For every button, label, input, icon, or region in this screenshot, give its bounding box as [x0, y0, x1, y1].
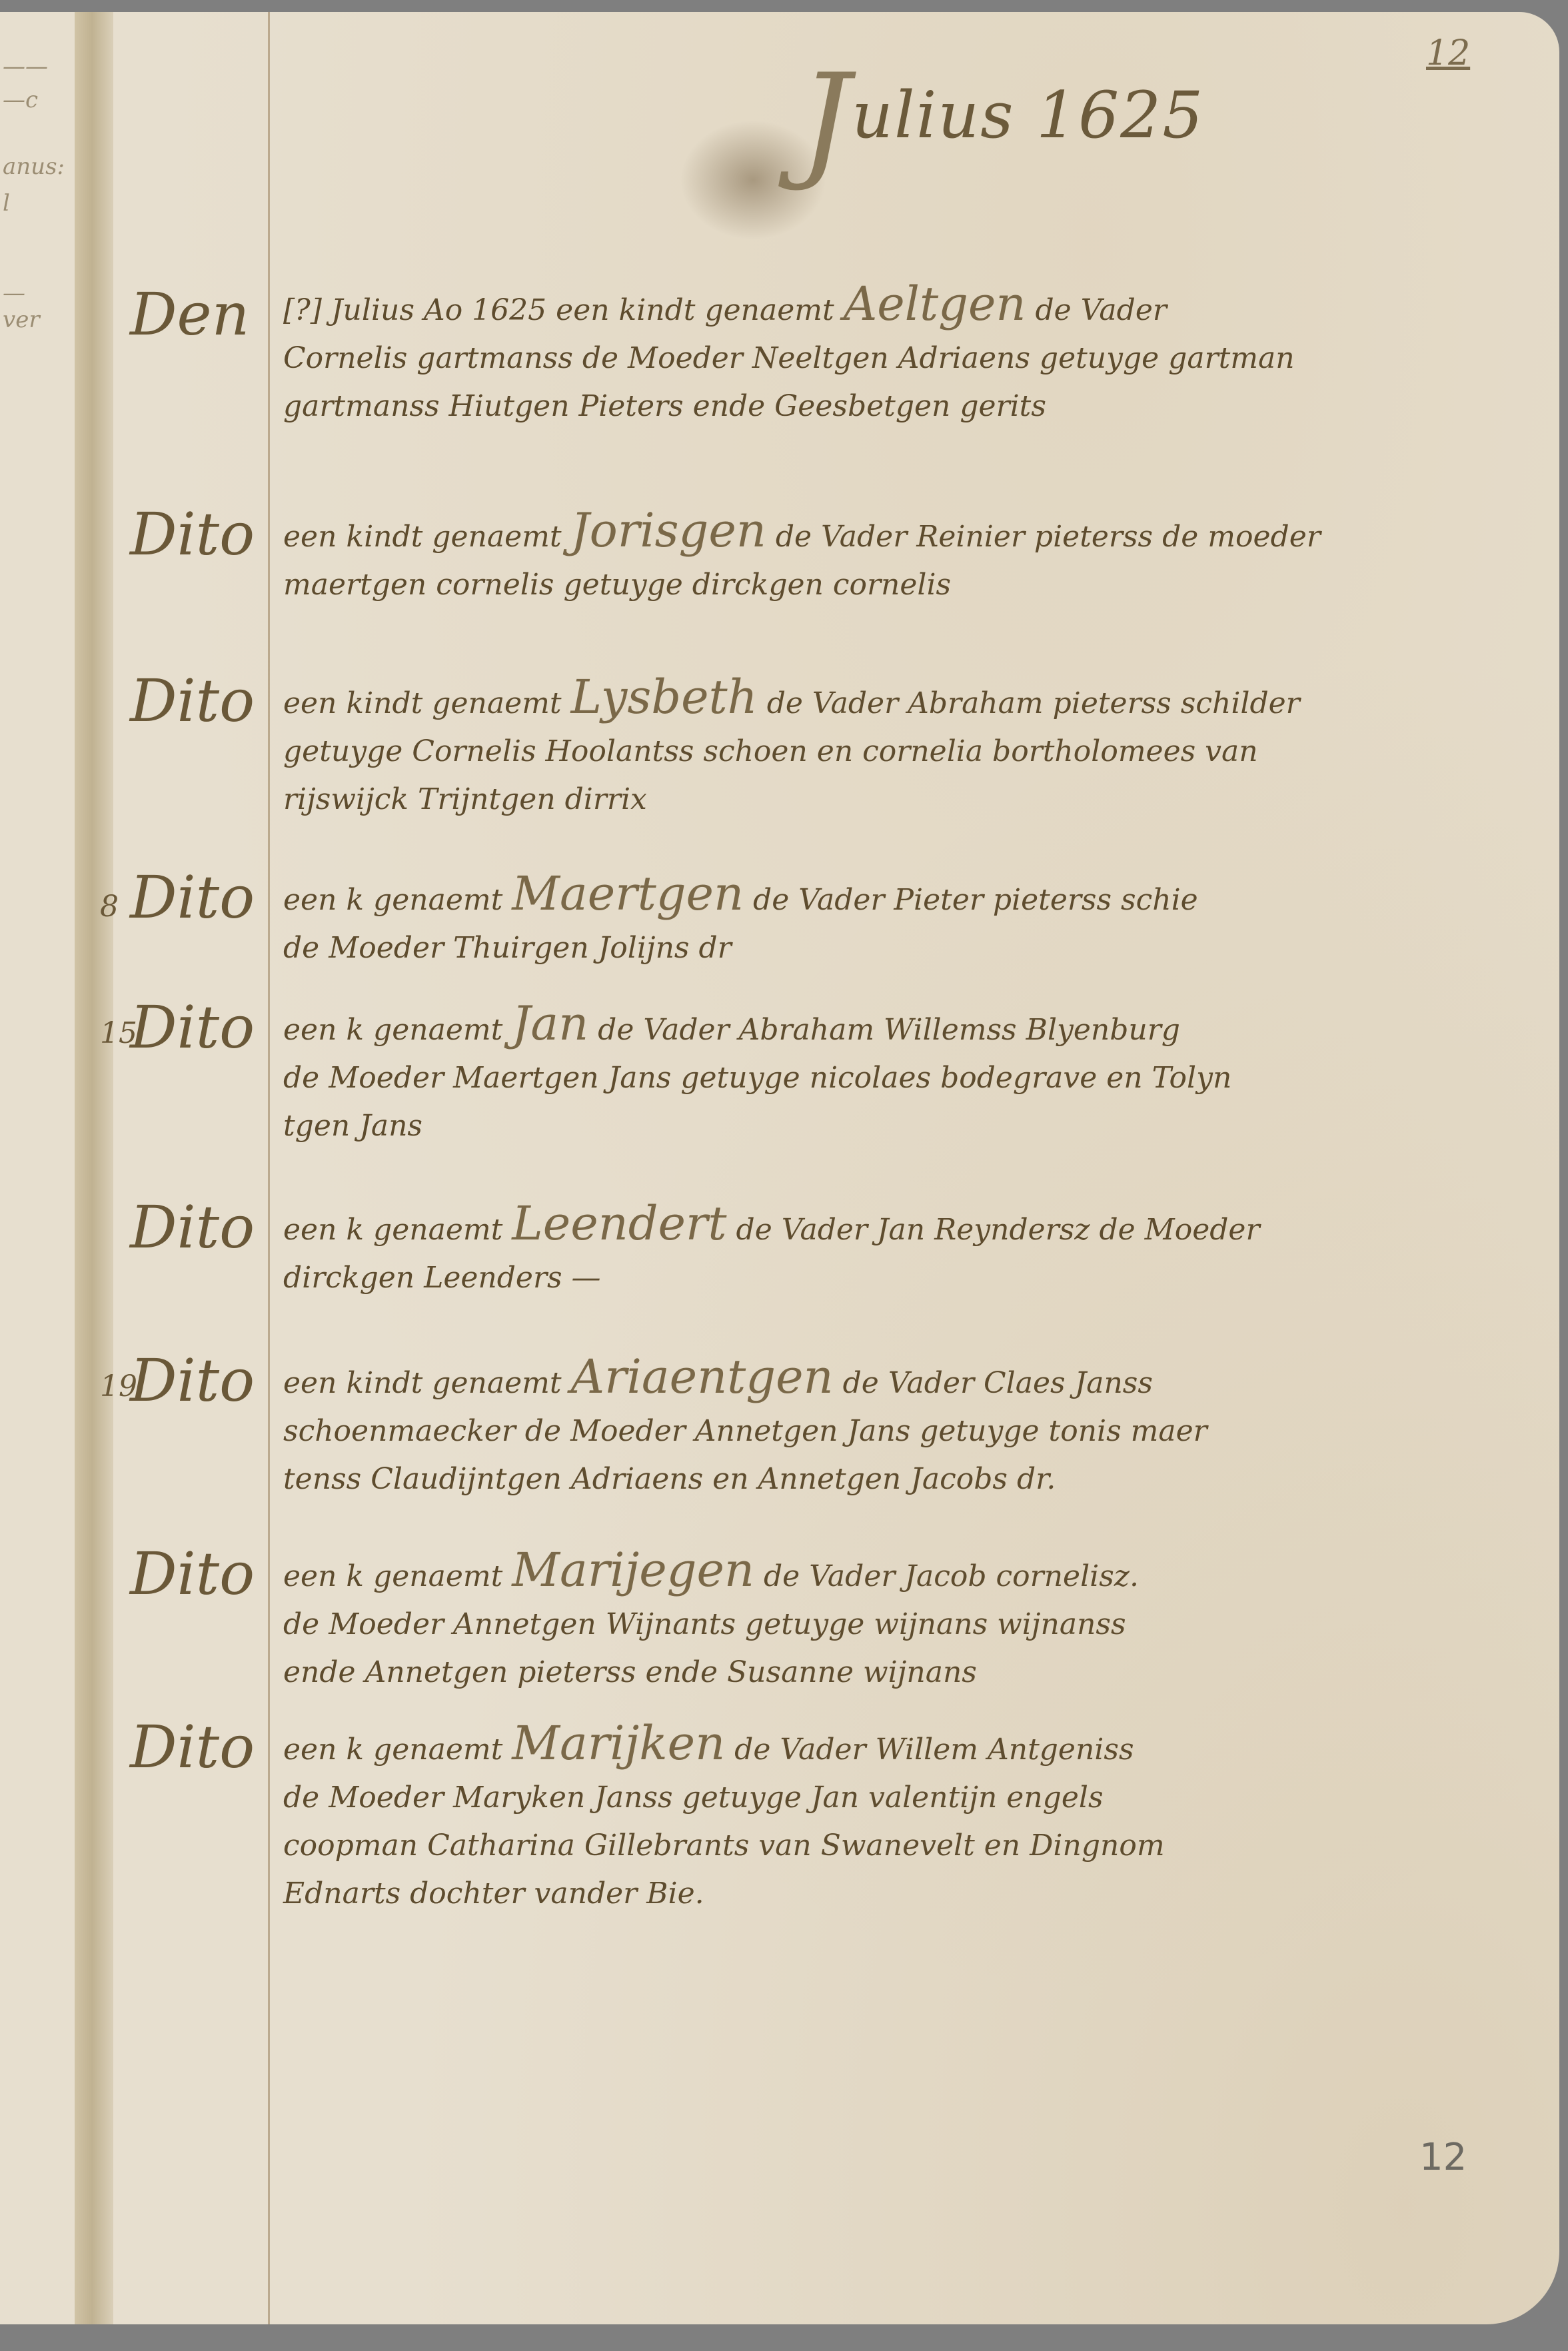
entry-line: maertgen cornelis getuyge dirckgen corne… — [283, 561, 1536, 609]
entry-text: een k genaemt Marijegen de Vader Jacob c… — [283, 1546, 1536, 1697]
book-gutter — [75, 12, 113, 2324]
entry-line: [?] Julius Ao 1625 een kindt genaemt — [283, 293, 834, 327]
folio-number-top: 12 — [1426, 33, 1470, 73]
entry-label: Dito — [130, 1346, 255, 1415]
child-name: Jorisgen — [571, 503, 766, 558]
entry-line: schoenmaecker de Moeder Annetgen Jans ge… — [283, 1407, 1536, 1455]
entry-label: Dito — [130, 1713, 255, 1781]
entry-line: de Vader Reinier pieterss de moeder — [776, 520, 1321, 554]
entry-line: de Moeder Thuirgen Jolijns dr — [283, 924, 1536, 972]
left-page-fragment: —c — [3, 87, 38, 113]
entry-date: 8 — [100, 890, 119, 924]
entry-line: de Moeder Maertgen Jans getuyge nicolaes… — [283, 1054, 1536, 1102]
entry-line: de Vader Pieter pieterss schie — [753, 883, 1198, 917]
page-heading: Julius 1625 — [800, 47, 1204, 194]
entry-label: Dito — [130, 500, 255, 568]
child-name: Maertgen — [512, 866, 744, 921]
child-name: Lysbeth — [571, 670, 758, 724]
entry-line: de Vader Willem Antgeniss — [734, 1733, 1134, 1767]
entry-text: [?] Julius Ao 1625 een kindt genaemt Ael… — [283, 280, 1536, 430]
entry-line: een kindt genaemt — [283, 520, 562, 554]
margin-rule-line — [268, 12, 270, 2324]
left-page-fragment: ver — [3, 307, 40, 333]
entry-label: Dito — [130, 1193, 255, 1261]
entry-line: de Moeder Maryken Janss getuyge Jan vale… — [283, 1774, 1536, 1822]
entry-text: een kindt genaemt Lysbeth de Vader Abrah… — [283, 673, 1536, 824]
entry-line: Ednarts dochter vander Bie. — [283, 1870, 1536, 1918]
entry-label: Dito — [130, 993, 255, 1062]
entry-line: een k genaemt — [283, 1213, 502, 1247]
child-name: Aeltgen — [844, 277, 1026, 331]
entry-line: dirckgen Leenders — — [283, 1254, 1536, 1302]
entry-label: Den — [130, 280, 249, 349]
folio-number-bottom: 12 — [1419, 2136, 1467, 2179]
entry-line: coopman Catharina Gillebrants van Swanev… — [283, 1822, 1536, 1870]
child-name: Marijken — [512, 1716, 725, 1771]
entry-line: gartmanss Hiutgen Pieters ende Geesbetge… — [283, 383, 1536, 430]
entry-line: een k genaemt — [283, 1559, 502, 1593]
entry-text: een k genaemt Marijken de Vader Willem A… — [283, 1719, 1536, 1918]
left-page-fragment: — — [3, 280, 25, 307]
heading-initial: J — [800, 47, 852, 194]
entry-label: Dito — [130, 666, 255, 735]
entry-text: een k genaemt Jan de Vader Abraham Wille… — [283, 1000, 1536, 1150]
entry-line: rijswijck Trijntgen dirrix — [283, 776, 1536, 824]
entry-line: tgen Jans — [283, 1102, 1536, 1150]
entry-line: Cornelis gartmanss de Moeder Neeltgen Ad… — [283, 335, 1536, 383]
child-name: Leendert — [512, 1196, 726, 1251]
left-page-fragment: l — [3, 190, 10, 217]
entry-line: de Moeder Annetgen Wijnants getuyge wijn… — [283, 1601, 1536, 1649]
entry-label: Dito — [130, 863, 255, 932]
left-page-fragment: —— — [3, 53, 48, 80]
entry-line: getuyge Cornelis Hoolantss schoen en cor… — [283, 728, 1536, 776]
entry-text: een kindt genaemt Ariaentgen de Vader Cl… — [283, 1353, 1536, 1503]
child-name: Marijegen — [512, 1543, 754, 1597]
entry-text: een k genaemt Leendert de Vader Jan Reyn… — [283, 1199, 1536, 1302]
entry-line: de Vader Abraham pieterss schilder — [767, 686, 1300, 720]
entry-line: een kindt genaemt — [283, 686, 562, 720]
entry-line: een k genaemt — [283, 1733, 502, 1767]
entry-line: ende Annetgen pieterss ende Susanne wijn… — [283, 1649, 1536, 1697]
entry-line: tenss Claudijntgen Adriaens en Annetgen … — [283, 1455, 1536, 1503]
left-page-fragment: anus: — [3, 153, 65, 180]
child-name: Ariaentgen — [571, 1349, 834, 1404]
entry-line: de Vader Claes Janss — [843, 1366, 1153, 1400]
entry-text: een kindt genaemt Jorisgen de Vader Rein… — [283, 506, 1536, 609]
entry-label: Dito — [130, 1539, 255, 1608]
entry-line: de Vader Jan Reyndersz de Moeder — [736, 1213, 1260, 1247]
entry-line: een k genaemt — [283, 1013, 502, 1047]
entry-line: de Vader Abraham Willemss Blyenburg — [598, 1013, 1180, 1047]
entry-line: een k genaemt — [283, 883, 502, 917]
entry-line: de Vader Jacob cornelisz. — [764, 1559, 1139, 1593]
child-name: Jan — [512, 996, 588, 1051]
heading-text: ulius 1625 — [852, 78, 1204, 153]
entry-line: een kindt genaemt — [283, 1366, 562, 1400]
entry-text: een k genaemt Maertgen de Vader Pieter p… — [283, 870, 1536, 972]
